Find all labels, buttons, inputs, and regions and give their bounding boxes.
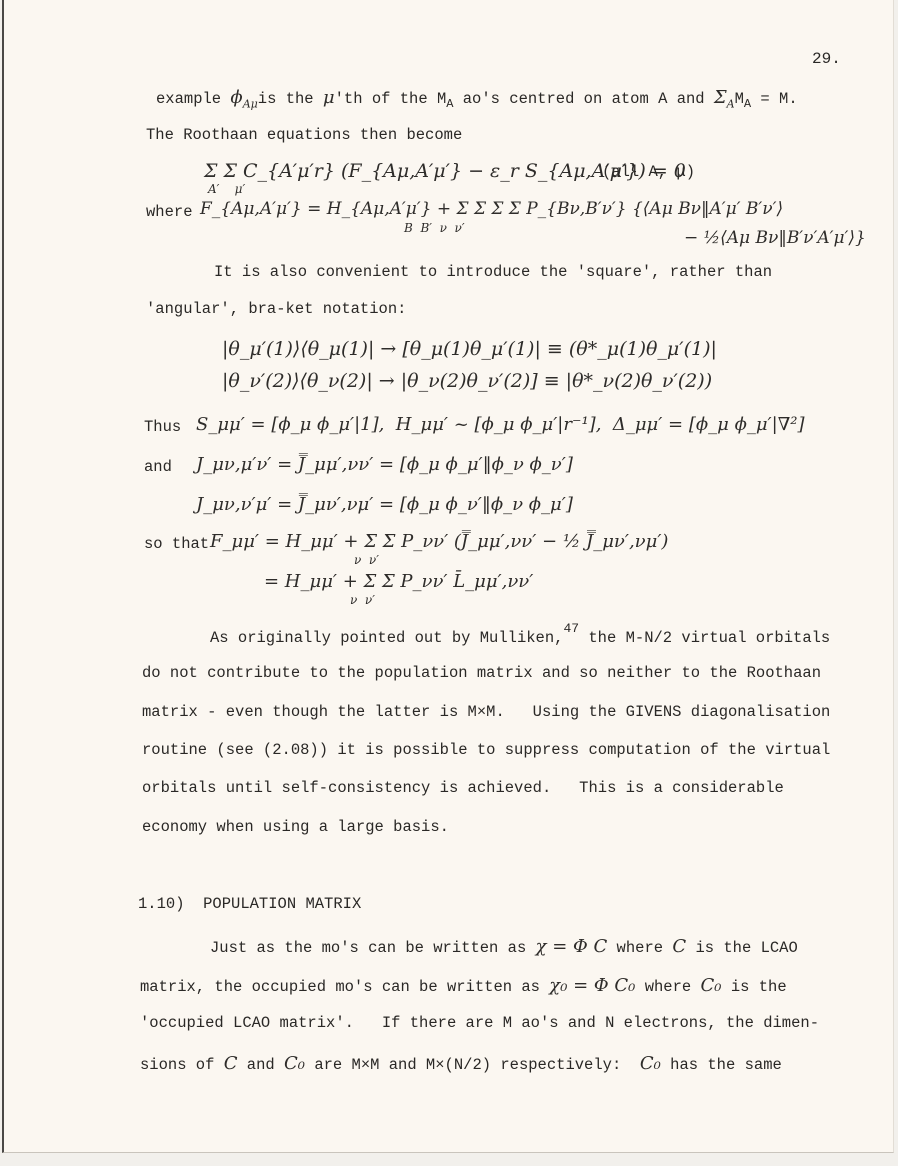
- paragraph-1-line-2: The Roothaan equations then become: [146, 126, 462, 144]
- fock-equation-line-2: − ½⟨Aμ Bν‖B′ν′A′μ′⟩}: [684, 228, 866, 248]
- and-label: and: [144, 458, 172, 476]
- where-label: where: [146, 203, 193, 221]
- page-number: 29.: [812, 50, 841, 68]
- mu-symbol: μ: [323, 87, 335, 108]
- paragraph-4-line-3: 'occupied LCAO matrix'. If there are M a…: [140, 1014, 819, 1032]
- paragraph-3-line-3: matrix - even though the latter is M×M. …: [142, 703, 830, 721]
- paragraph-4-line-1: Just as the mo's can be written as χ = Φ…: [210, 936, 798, 957]
- section-title: POPULATION MATRIX: [203, 895, 361, 913]
- paragraph-3-line-4: routine (see (2.08)) it is possible to s…: [142, 741, 830, 759]
- paragraph-3-line-6: economy when using a large basis.: [142, 818, 449, 836]
- sum-symbol: ΣA: [714, 87, 735, 108]
- exchange-integral-equation: J_μν,ν′μ′ = J̿_μν′,νμ′ = [ϕ_μ ϕ_ν′‖ϕ_ν ϕ…: [196, 494, 573, 515]
- fock-equation-line-1: F_{Aμ,A′μ′} = H_{Aμ,A′μ′} + Σ Σ Σ Σ P_{B…: [200, 199, 783, 219]
- occupied-mo-equation: χ₀ = Φ C₀: [549, 975, 635, 996]
- roothaan-condition: (all A, μ): [602, 163, 695, 181]
- paragraph-1-line-1: example ϕAμis the μ'th of the MA ao's ce…: [156, 87, 798, 111]
- paragraph-2-line-2: 'angular', bra-ket notation:: [146, 300, 406, 318]
- phi-symbol: ϕAμ: [230, 87, 257, 108]
- integrals-equation: S_μμ′ = [ϕ_μ ϕ_μ′|1], H_μμ′ ~ [ϕ_μ ϕ_μ′|…: [196, 414, 805, 435]
- roothaan-sum-indices: A′ μ′: [208, 182, 245, 196]
- section-heading: 1.10) POPULATION MATRIX: [138, 895, 361, 913]
- fock-sum-indices: B B′ ν ν′: [404, 221, 465, 235]
- thus-label: Thus: [144, 418, 181, 436]
- braket-equation-2: |θ_ν′(2)⟩⟨θ_ν(2)| → |θ_ν(2)θ_ν′(2)] ≡ |θ…: [222, 370, 712, 392]
- paragraph-4-line-4: sions of C and C₀ are M×M and M×(N/2) re…: [140, 1053, 782, 1074]
- document-page: 29. example ϕAμis the μ'th of the MA ao'…: [2, 0, 894, 1153]
- coulomb-integral-equation: J_μν,μ′ν′ = J̿_μμ′,νν′ = [ϕ_μ ϕ_μ′‖ϕ_ν ϕ…: [196, 454, 573, 475]
- section-number: 1.10): [138, 895, 185, 913]
- paragraph-3-line-1: As originally pointed out by Mulliken,47…: [210, 625, 830, 647]
- paragraph-2-line-1: It is also convenient to introduce the '…: [214, 263, 772, 281]
- paragraph-3-line-5: orbitals until self-consistency is achie…: [142, 779, 784, 797]
- fock-sum-indices-2: ν ν′: [350, 593, 375, 607]
- fock-sum-indices-1: ν ν′: [354, 553, 379, 567]
- reference-superscript: 47: [563, 621, 579, 636]
- mo-equation: χ = Φ C: [536, 936, 608, 957]
- fock-closed-shell-equation-2: = H_μμ′ + Σ Σ P_νν′ L̄_μμ′,νν′: [264, 571, 533, 592]
- fock-closed-shell-equation-1: F_μμ′ = H_μμ′ + Σ Σ P_νν′ (J̿_μμ′,νν′ − …: [210, 531, 668, 552]
- so-that-label: so that: [144, 535, 209, 553]
- paragraph-3-line-2: do not contribute to the population matr…: [142, 664, 821, 682]
- paragraph-4-line-2: matrix, the occupied mo's can be written…: [140, 975, 787, 996]
- braket-equation-1: |θ_μ′(1)⟩⟨θ_μ(1)| → [θ_μ(1)θ_μ′(1)| ≡ (θ…: [222, 338, 717, 360]
